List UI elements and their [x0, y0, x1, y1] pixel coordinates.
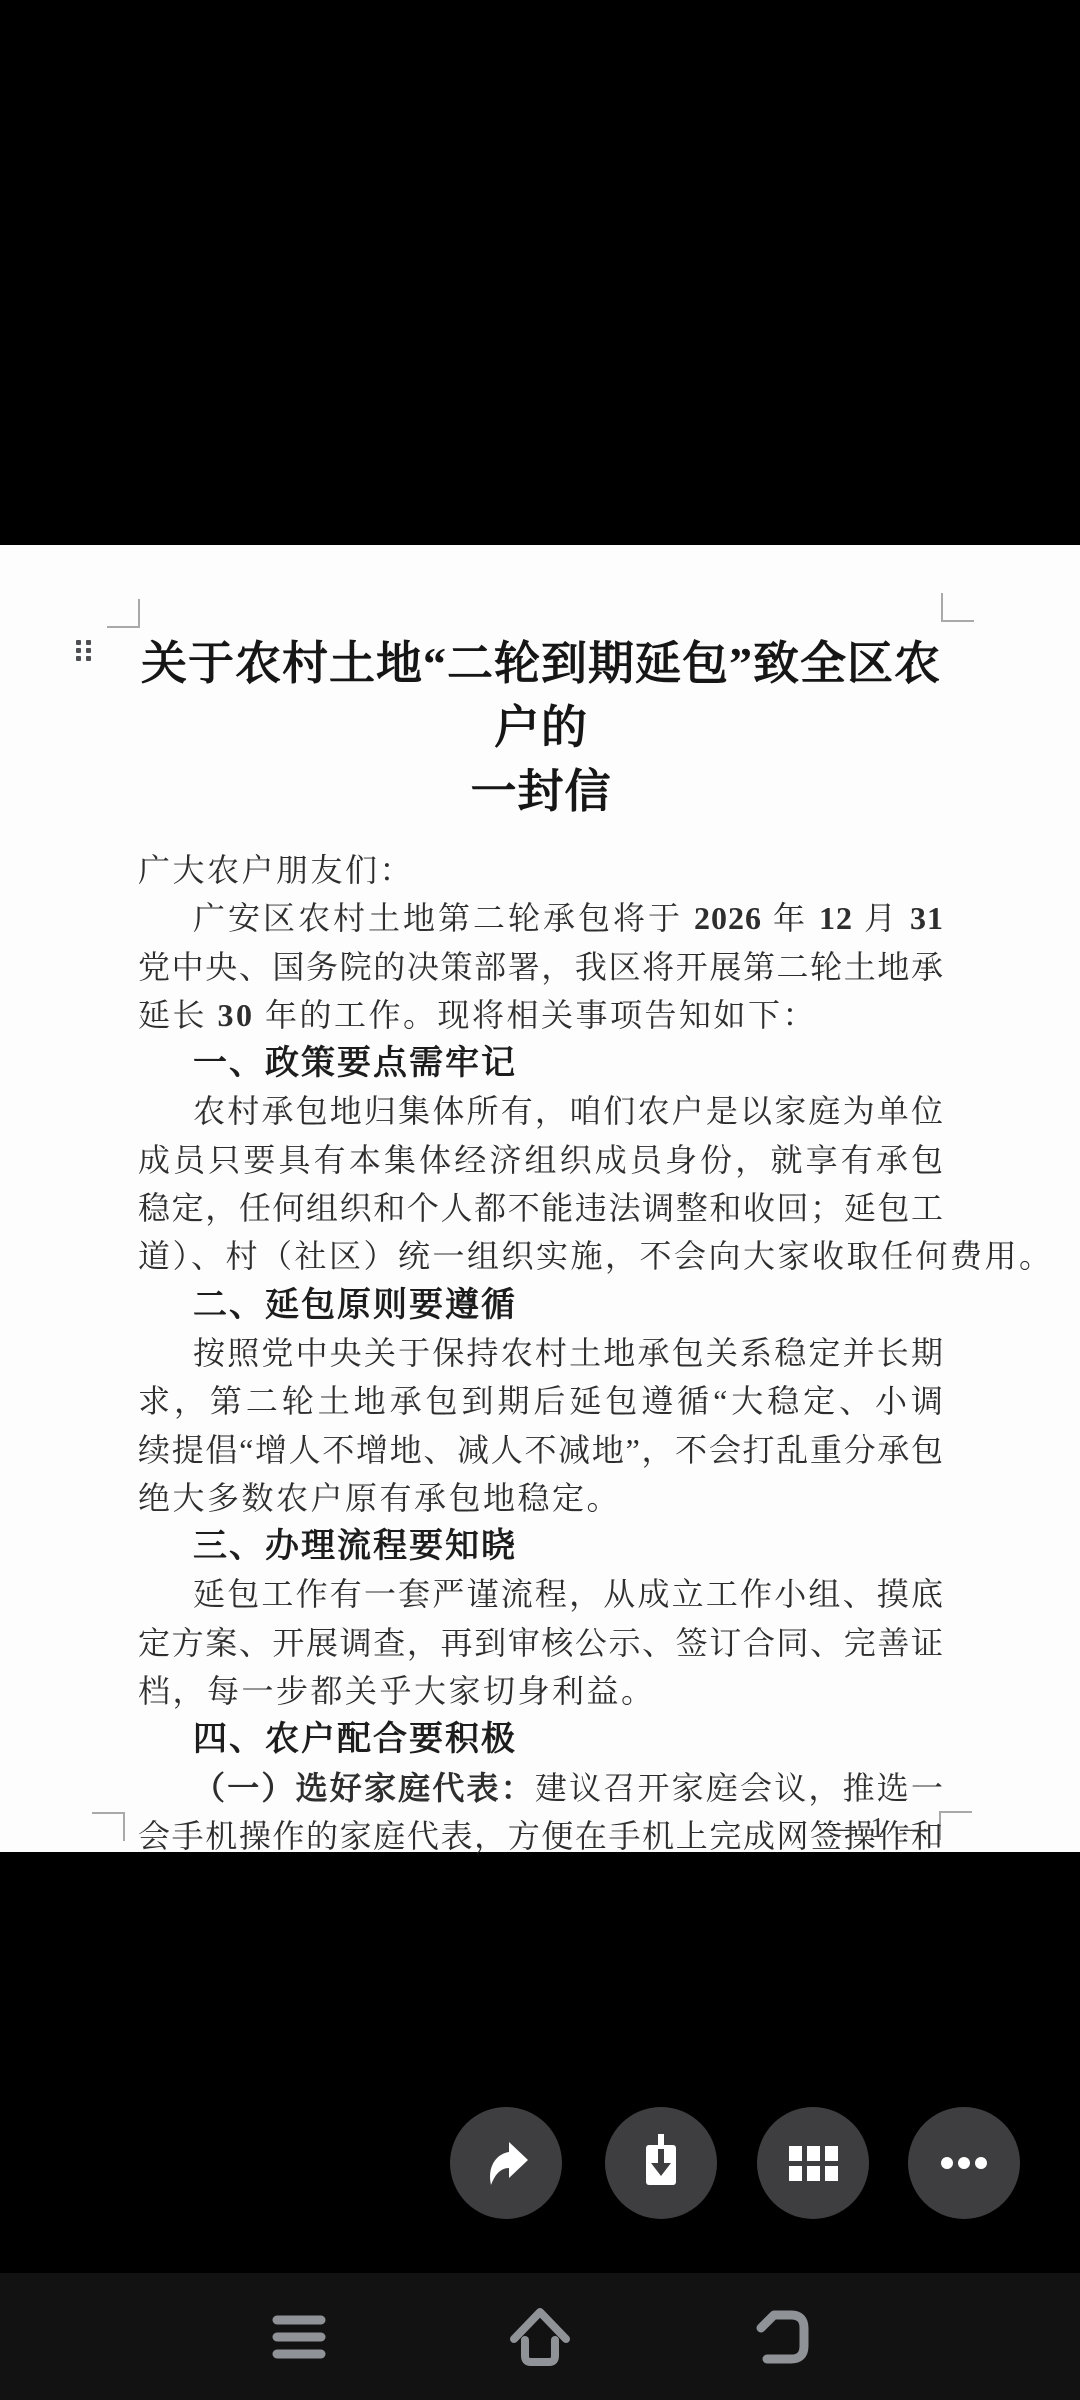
nav-home-button[interactable] [465, 2273, 615, 2400]
doc-line: 农村承包地归集体所有，咱们农户是以家庭为单位承包经营，家庭 [138, 1087, 944, 1135]
doc-lines: 广大农户朋友们：广安区农村土地第二轮承包将于 2026 年 12 月 31 日到… [138, 846, 944, 1860]
doc-line: 延包工作有一套严谨流程，从成立工作小组、摸底核实，到制 [138, 1570, 944, 1618]
doc-line: 定方案、开展调查，再到审核公示、签订合同、完善证书、资料归 [138, 1619, 944, 1667]
paragraph-drag-handle-icon[interactable] [76, 640, 93, 663]
doc-line: 档，每一步都关乎大家切身利益。 [138, 1667, 944, 1715]
multi-page-button[interactable] [757, 2107, 869, 2219]
margin-mark-top-left-icon [107, 599, 140, 628]
doc-line: 稳定，任何组织和个人都不能违法调整和收回；延包工作由区、乡镇（街 [138, 1184, 944, 1232]
back-icon [751, 2306, 813, 2368]
home-icon [509, 2306, 571, 2368]
more-button[interactable] [908, 2107, 1020, 2219]
doc-line: 会手机操作的家庭代表，方便在手机上完成网签操作和信息审核确 [138, 1812, 944, 1860]
document-title: 关于农村土地“二轮到期延包”致全区农户的 一封信 [138, 632, 944, 824]
download-icon [629, 2131, 693, 2195]
doc-line: 延长 30 年的工作。现将相关事项告知如下： [138, 991, 944, 1039]
doc-line: 四、农户配合要积极 [138, 1715, 944, 1763]
page-number: — 1 — [826, 1812, 933, 1845]
doc-line: （一）选好家庭代表：建议召开家庭会议，推选一位能主事、 [138, 1764, 944, 1812]
nav-menu-button[interactable] [224, 2273, 374, 2400]
doc-line: 求，第二轮土地承包到期后延包遵循“大稳定、小调整”原则，继 [138, 1377, 944, 1425]
doc-line: 广安区农村土地第二轮承包将于 2026 年 12 月 31 日到期，根据 [138, 894, 944, 942]
android-nav-bar [0, 2273, 1080, 2400]
document-page: 关于农村土地“二轮到期延包”致全区农户的 一封信 广大农户朋友们：广安区农村土地… [0, 545, 1080, 1852]
doc-line: 二、延包原则要遵循 [138, 1281, 944, 1329]
doc-line: 广大农户朋友们： [138, 846, 944, 894]
nav-back-button[interactable] [707, 2273, 857, 2400]
doc-line: 党中央、国务院的决策部署，我区将开展第二轮土地承包到期后再 [138, 943, 944, 991]
multi-page-grid-icon [781, 2131, 845, 2195]
title-line: 一封信 [138, 760, 944, 824]
screen: { "colors": { "screen_bg": "#000000", "p… [0, 0, 1080, 2400]
more-icon [932, 2131, 996, 2195]
doc-line: 成员只要具有本集体经济组织成员身份，就享有承包权；承包地要保持 [138, 1136, 944, 1184]
doc-line: 续提倡“增人不增地、减人不减地”，不会打乱重分承包地，确保 [138, 1426, 944, 1474]
download-button[interactable] [605, 2107, 717, 2219]
margin-mark-bottom-left-icon [92, 1812, 125, 1841]
share-button[interactable] [450, 2107, 562, 2219]
share-icon [474, 2131, 538, 2195]
doc-line: 一、政策要点需牢记 [138, 1039, 944, 1087]
doc-line: 绝大多数农户原有承包地稳定。 [138, 1474, 944, 1522]
document-body: 关于农村土地“二轮到期延包”致全区农户的 一封信 广大农户朋友们：广安区农村土地… [138, 632, 944, 1860]
doc-line: 按照党中央关于保持农村土地承包关系稳定并长期不变的要 [138, 1329, 944, 1377]
margin-mark-top-right-icon [941, 593, 974, 622]
doc-line: 道）、村（社区）统一组织实施，不会向大家收取任何费用。 [138, 1232, 944, 1280]
menu-icon [270, 2308, 328, 2366]
doc-line: 三、办理流程要知晓 [138, 1522, 944, 1570]
title-line: 关于农村土地“二轮到期延包”致全区农户的 [138, 632, 944, 760]
